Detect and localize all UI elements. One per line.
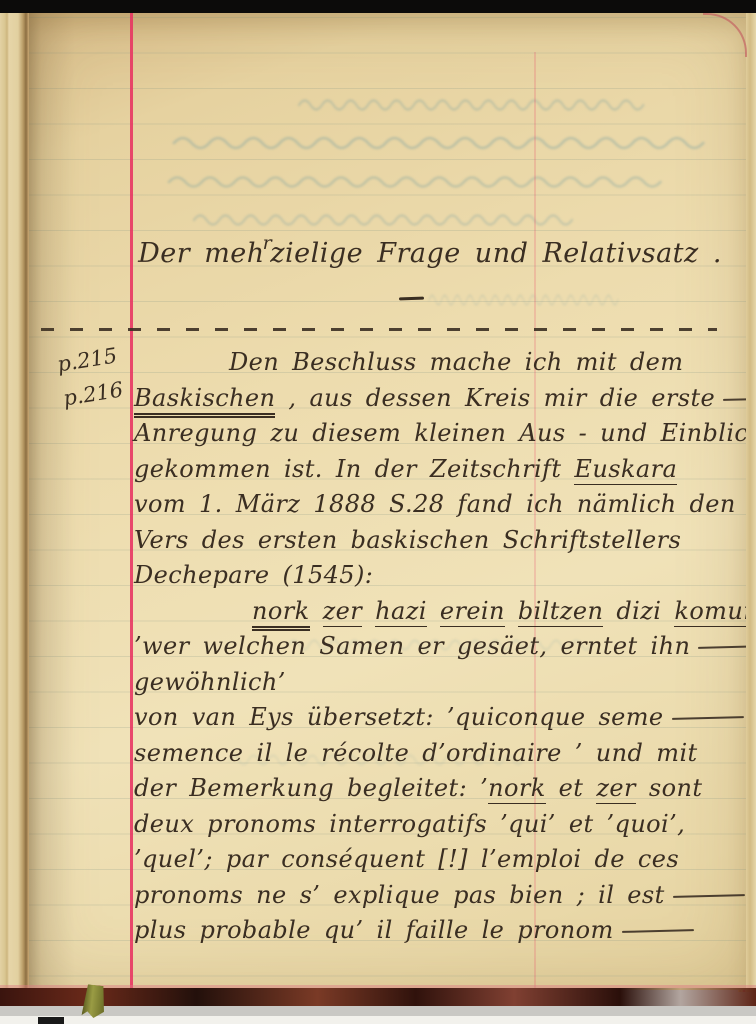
manuscript-line: von van Eys übersetzt: ’quiconque seme [134,700,742,736]
manuscript-line: gekommen ist. In der Zeitschrift Euskara [134,452,742,488]
page-title: Der mehrzielige Frage und Relativsatz . [137,238,723,269]
pen-flourish [672,716,744,720]
pen-flourish [698,645,746,649]
manuscript-line: semence il le récolte d’ordinaire ’ und … [134,736,742,772]
book-cover-bottom-edge [0,988,756,1006]
manuscript-line: Anregung zu diesem kleinen Aus - und Ein… [134,416,742,452]
manuscript-segment: dizi [603,597,674,625]
scan-top-black-edge [0,0,756,13]
manuscript-segment: plus probable qu’ il faille le pronom [134,916,614,944]
manuscript-segment: sont [636,774,703,802]
manuscript-line: pronoms ne s’ explique pas bien ; il est [134,878,742,914]
manuscript-segment: komunki [674,597,746,627]
manuscript-segment: erein [440,597,505,627]
manuscript-segment: ’wer welchen Samen er gesäet, erntet ihn [134,632,690,660]
dashed-separator [41,328,717,331]
title-text-post: zielige Frage und Relativsatz . [270,238,722,269]
manuscript-line: vom 1. März 1888 S.28 fand ich nämlich d… [134,487,742,523]
manuscript-segment: Euskara [574,455,677,485]
manuscript-segment: pronoms ne s’ explique pas bien ; il est [134,881,665,909]
manuscript-segment: , aus dessen Kreis mir die erste [275,384,715,412]
manuscript-segment: et [546,774,597,802]
manuscript-segment: Baskischen [134,384,275,418]
manuscript-line: gewöhnlich’ [134,665,742,701]
manuscript-line: deux pronoms interrogatifs ’qui’ et ’quo… [134,807,742,843]
manuscript-segment: Vers des ersten baskischen Schriftstelle… [134,526,681,554]
manuscript-text: Den Beschluss mache ich mit demBaskische… [134,345,742,949]
title-inserted-letter: r [263,232,273,254]
manuscript-line: plus probable qu’ il faille le pronom [134,913,742,949]
pen-flourish [673,894,745,898]
manuscript-segment: Dechepare (1545): [134,561,373,589]
manuscript-segment: Den Beschluss mache ich mit dem [229,348,683,376]
manuscript-segment: von van Eys übersetzt: ’quiconque seme [134,703,664,731]
manuscript-segment: deux pronoms interrogatifs ’qui’ et ’quo… [134,810,685,838]
manuscript-line: Den Beschluss mache ich mit dem [134,345,742,381]
notebook-page: Der mehrzielige Frage und Relativsatz . … [29,12,746,990]
manuscript-segment: gewöhnlich’ [134,668,286,696]
manuscript-segment: Anregung zu diesem kleinen Aus - und Ein… [134,419,746,447]
manuscript-line: Dechepare (1545): [134,558,742,594]
manuscript-segment: zer [323,597,363,627]
manuscript-segment: hazi [375,597,427,627]
manuscript-segment [427,597,440,625]
manuscript-line: Vers des ersten baskischen Schriftstelle… [134,523,742,559]
manuscript-segment: semence il le récolte d’ordinaire ’ und … [134,739,698,767]
book-left-page-edges [0,11,30,992]
manuscript-segment: ’quel’; par conséquent [!] l’emploi de c… [134,845,679,873]
pen-flourish [622,929,694,933]
scanner-edge-mark [38,1017,64,1024]
manuscript-segment: nork [252,597,310,631]
manuscript-line: ’quel’; par conséquent [!] l’emploi de c… [134,842,742,878]
manuscript-line: ’wer welchen Samen er gesäet, erntet ihn [134,629,742,665]
manuscript-line: Baskischen , aus dessen Kreis mir die er… [134,381,742,417]
scanner-background-white [0,1016,756,1024]
title-text-pre: Der meh [138,238,265,269]
manuscript-segment: vom 1. März 1888 S.28 fand ich nämlich d… [134,490,736,518]
manuscript-segment: nork [488,774,546,804]
scanned-notebook-page: Der mehrzielige Frage und Relativsatz . … [0,0,756,1024]
manuscript-segment: gekommen ist. In der Zeitschrift [134,455,574,483]
manuscript-segment: der Bemerkung begleitet: ’ [134,774,488,802]
manuscript-line: der Bemerkung begleitet: ’nork et zer so… [134,771,742,807]
manuscript-segment [362,597,375,625]
margin-rule-line [130,12,133,990]
manuscript-segment [505,597,518,625]
manuscript-segment [310,597,323,625]
manuscript-segment: biltzen [518,597,603,627]
manuscript-line: nork zer hazi erein biltzen dizi komunki… [134,594,742,630]
manuscript-segment: zer [596,774,636,804]
